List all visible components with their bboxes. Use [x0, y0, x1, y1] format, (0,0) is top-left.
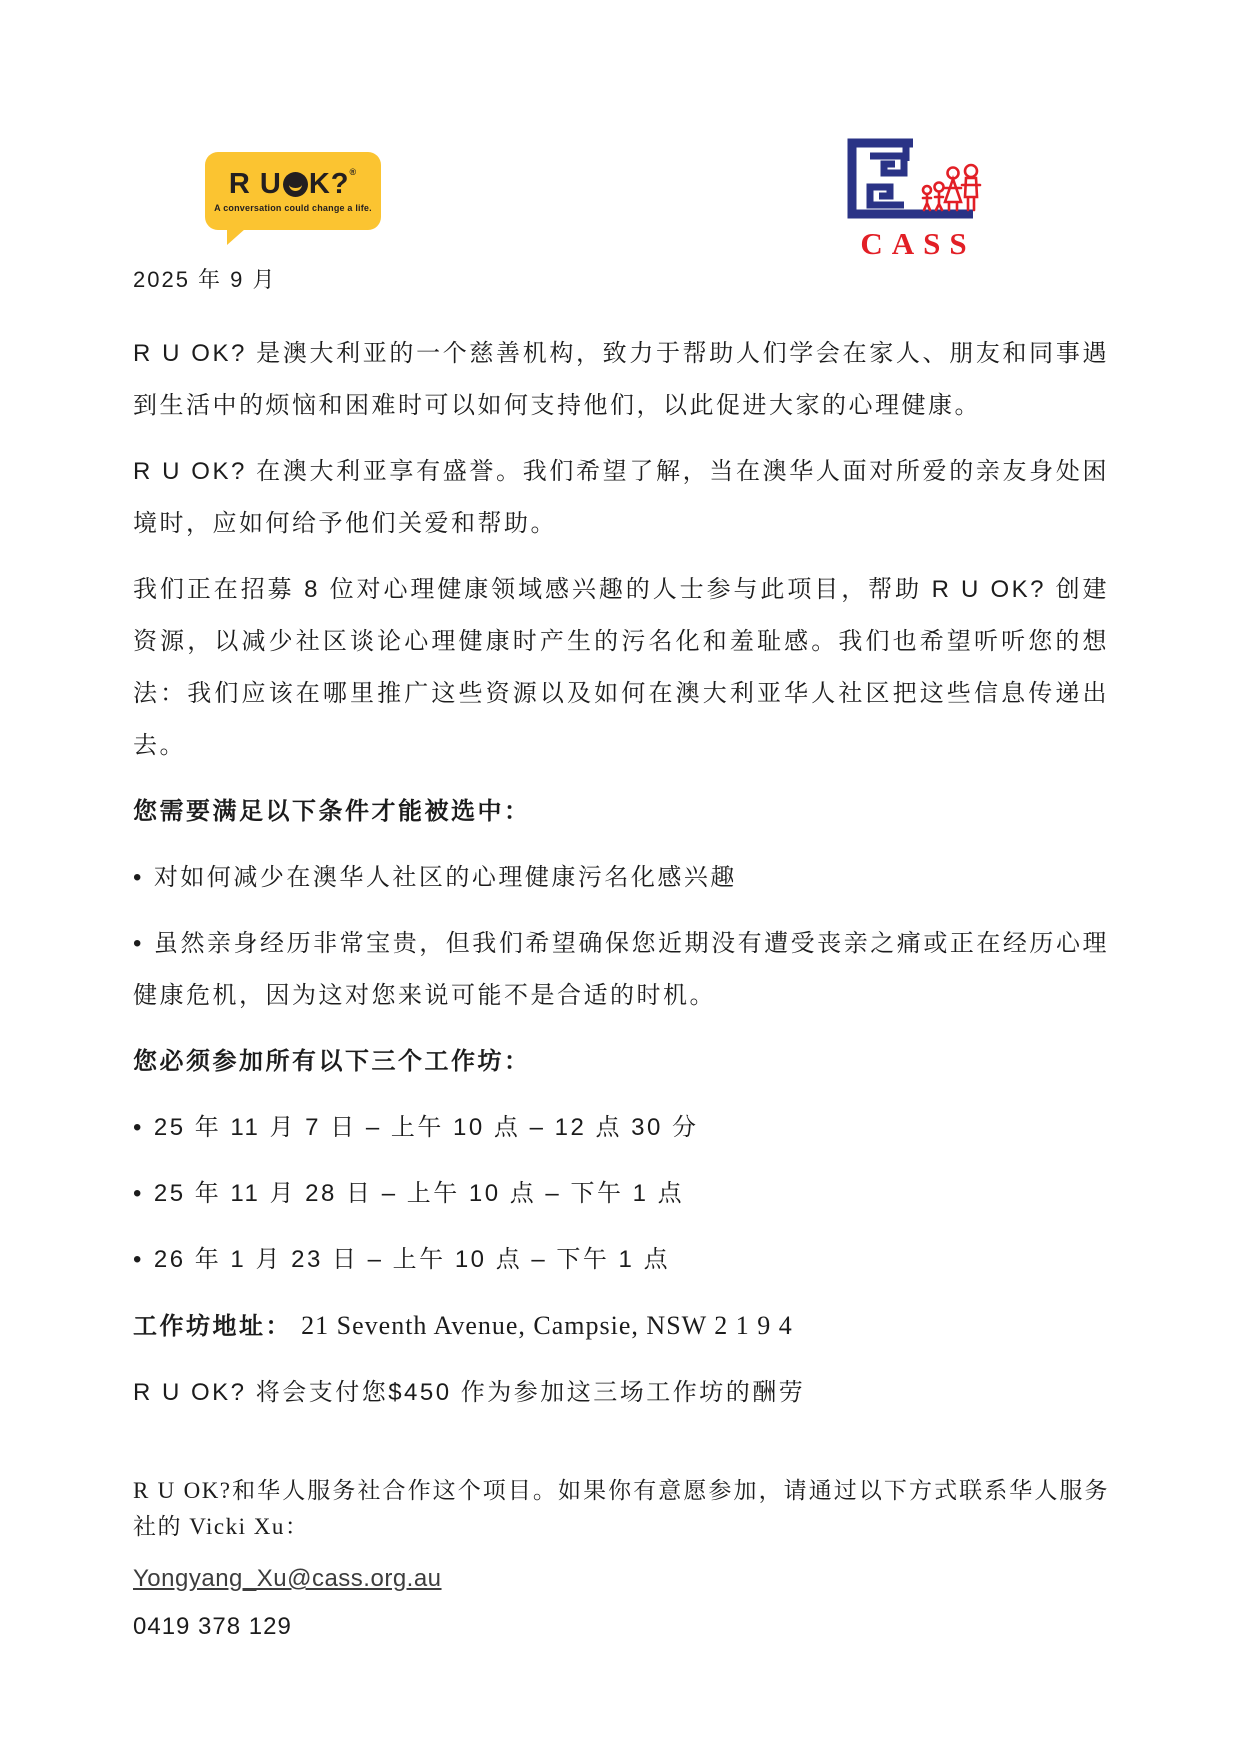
criteria-heading: 您需要满足以下条件才能被选中： — [133, 786, 1109, 838]
workshop-item-3-text: 26 年 1 月 23 日 – 上午 10 点 – 下午 1 点 — [154, 1246, 670, 1273]
speech-bubble-tail-icon — [227, 229, 245, 245]
workshop-item-2-text: 25 年 11 月 28 日 – 上午 10 点 – 下午 1 点 — [154, 1180, 684, 1207]
closing-paragraph: R U OK?和华人服务社合作这个项目。如果你有意愿参加，请通过以下方式联系华人… — [133, 1473, 1109, 1545]
payment-line: R U OK? 将会支付您$450 作为参加这三场工作坊的酬劳 — [133, 1367, 1109, 1419]
cass-monogram-icon — [845, 131, 985, 223]
ruok-tagline: A conversation could change a life. — [214, 203, 372, 213]
intro-paragraph-2: R U OK? 在澳大利亚享有盛誉。我们希望了解，当在澳华人面对所爱的亲友身处困… — [133, 446, 1109, 550]
workshops-heading: 您必须参加所有以下三个工作坊： — [133, 1036, 1109, 1088]
smile-arc-icon — [289, 180, 302, 191]
workshop-item-3: •26 年 1 月 23 日 – 上午 10 点 – 下午 1 点 — [133, 1234, 1109, 1286]
intro-paragraph-3: 我们正在招募 8 位对心理健康领域感兴趣的人士参与此项目，帮助 R U OK? … — [133, 564, 1109, 772]
intro-paragraph-1: R U OK? 是澳大利亚的一个慈善机构，致力于帮助人们学会在家人、朋友和同事遇… — [133, 328, 1109, 432]
email-line: Yongyang_Xu@cass.org.au — [133, 1559, 1109, 1599]
ruok-logo-text-prefix: R U — [229, 170, 282, 199]
address-separator: ： — [266, 1313, 293, 1340]
criteria-item-1-text: 对如何减少在澳华人社区的心理健康污名化感兴趣 — [154, 864, 737, 891]
bullet-icon: • — [133, 1246, 144, 1273]
cass-family-icon — [923, 165, 980, 210]
workshop-item-1: •25 年 11 月 7 日 – 上午 10 点 – 12 点 30 分 — [133, 1102, 1109, 1154]
registered-mark: ® — [349, 168, 357, 177]
ruok-logo-text-suffix: K? — [309, 170, 350, 199]
workshop-item-2: •25 年 11 月 28 日 – 上午 10 点 – 下午 1 点 — [133, 1168, 1109, 1220]
smiley-o-icon — [283, 172, 308, 197]
bullet-icon: • — [133, 930, 144, 957]
document-page: R U K?® A conversation could change a li… — [0, 0, 1241, 1754]
criteria-item-2: •虽然亲身经历非常宝贵，但我们希望确保您近期没有遭受丧亲之痛或正在经历心理健康危… — [133, 918, 1109, 1022]
criteria-item-2-text: 虽然亲身经历非常宝贵，但我们希望确保您近期没有遭受丧亲之痛或正在经历心理健康危机… — [133, 930, 1109, 1009]
address-label: 工作坊地址 — [133, 1313, 266, 1340]
cass-logo: CASS — [845, 131, 985, 259]
workshop-item-1-text: 25 年 11 月 7 日 – 上午 10 点 – 12 点 30 分 — [154, 1114, 699, 1141]
bullet-icon: • — [133, 1180, 144, 1207]
bullet-icon: • — [133, 864, 144, 891]
ruok-logo: R U K?® A conversation could change a li… — [205, 152, 381, 230]
cass-logo-text: CASS — [845, 228, 985, 259]
ruok-logo-title: R U K?® — [229, 170, 357, 199]
email-link[interactable]: Yongyang_Xu@cass.org.au — [133, 1565, 442, 1592]
letter-content: 2025 年 9 月 R U OK? 是澳大利亚的一个慈善机构，致力于帮助人们学… — [133, 262, 1109, 1647]
criteria-item-1: •对如何减少在澳华人社区的心理健康污名化感兴趣 — [133, 852, 1109, 904]
address-value: 21 Seventh Avenue, Campsie, NSW 2 1 9 4 — [301, 1311, 793, 1340]
workshop-address-line: 工作坊地址： 21 Seventh Avenue, Campsie, NSW 2… — [133, 1300, 1109, 1353]
bullet-icon: • — [133, 1114, 144, 1141]
phone-number: 0419 378 129 — [133, 1607, 1109, 1647]
date-line: 2025 年 9 月 — [133, 262, 1109, 298]
